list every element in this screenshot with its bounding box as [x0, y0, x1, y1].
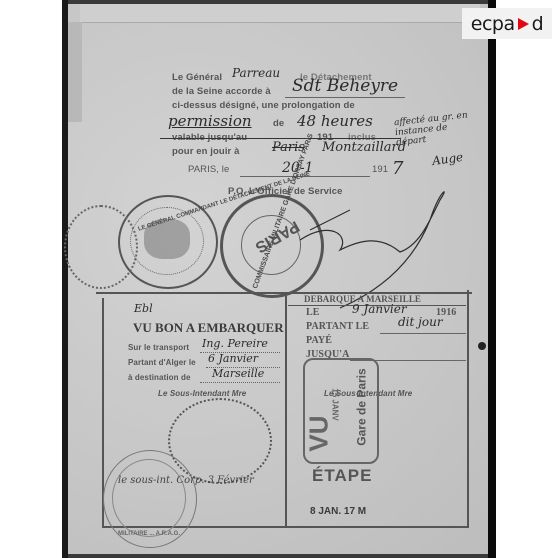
partant-label: PARTANT LE: [306, 321, 369, 332]
printed-de-label: de: [273, 118, 284, 129]
paye-label: PAYÉ: [306, 335, 332, 346]
etape-stamp: ÉTAPE: [312, 466, 372, 486]
logo-text-left: ecpa: [471, 13, 515, 35]
military-seal-bottom: MILITAIRE ... A.R.A.G.: [103, 450, 197, 548]
printed-general-label: Le Général: [172, 72, 222, 83]
handwritten-general-name: Parreau: [232, 66, 280, 80]
vu-stamp-place: Gare de Paris: [355, 368, 369, 445]
date-stamp: 8 JAN. 17 M: [310, 506, 366, 517]
faded-stamp-left: [64, 205, 138, 289]
transport-label: Sur le transport: [128, 343, 189, 352]
vu-stamp-date: 15 JANV: [331, 388, 340, 420]
ink-blot: [478, 342, 486, 350]
left-subintendant-label: Le Sous-Intendant Mre: [158, 389, 246, 398]
printed-prolongation-label: ci-dessus désigné, une prolongation de: [172, 100, 355, 111]
partant-value: dit jour: [398, 315, 443, 329]
embark-title: VU BON A EMBARQUER: [133, 320, 284, 336]
left-bottom-handwriting: le sous-int. Corp. 3 Février: [118, 474, 278, 487]
military-seal-text: MILITAIRE ... A.R.A.G.: [118, 531, 180, 537]
strikethrough-valid-line: [160, 138, 400, 139]
destination-rule: [200, 382, 280, 383]
transport-value: Ing. Pereire: [202, 337, 268, 350]
logo-text-right: d: [532, 13, 544, 35]
scan-right-edge: [488, 0, 496, 558]
play-triangle-icon: [518, 18, 529, 30]
panel-divider: [285, 296, 287, 526]
recipient-rule: [285, 97, 405, 98]
destination-value: Marseille: [212, 367, 264, 380]
printed-enjoy-at-label: pour en jouir à: [172, 146, 239, 157]
partant-rule: [380, 333, 466, 334]
printed-paris-date-label: PARIS, le: [188, 164, 229, 175]
handwritten-year-digit: 7: [392, 158, 403, 179]
ecpad-logo: ecpa d: [462, 8, 552, 39]
printed-date-year: 191: [372, 164, 388, 175]
algiers-departure-label: Partant d'Alger le: [128, 358, 196, 367]
vu-stamp: VU 15 JANV Gare de Paris: [303, 358, 379, 464]
left-fold-shadow: [68, 22, 82, 122]
destination-label: à destination de: [128, 373, 191, 382]
le-label: LE: [306, 307, 320, 318]
vu-stamp-text: VU: [304, 415, 335, 451]
military-seal-inner-ring: [112, 459, 186, 537]
handwritten-duration: 48 heures: [297, 112, 373, 130]
top-fold-flap: [80, 4, 480, 23]
printed-seine-label: de la Seine accorde à: [172, 86, 271, 97]
handwritten-recipient: Sdt Beheyre: [292, 76, 398, 96]
officer-signature: [290, 180, 470, 310]
le-value: 9 Janvier: [352, 302, 407, 316]
right-panel-right-border: [467, 290, 469, 526]
handwritten-initials: Ebl: [134, 302, 153, 315]
handwritten-place: Montzaillard: [322, 140, 406, 155]
algiers-departure-value: 6 Janvier: [208, 352, 258, 365]
handwritten-leave-type: permission: [168, 112, 252, 130]
